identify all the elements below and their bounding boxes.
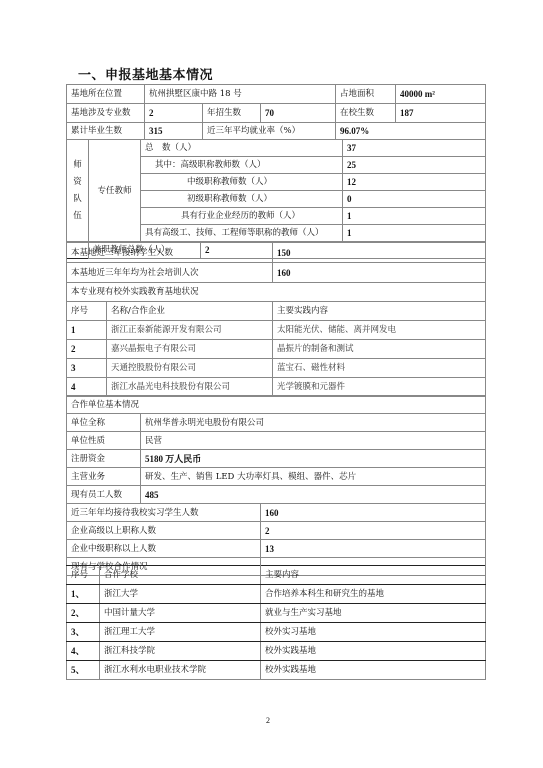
row-content: 晶振片的制备和测试 (273, 340, 486, 359)
basic-info-table: 基地所在位置 杭州拱墅区康中路 18 号 占地面积 40000 m² 基地涉及专… (66, 84, 486, 140)
location-label: 基地所在位置 (67, 85, 145, 104)
row-school: 浙江理工大学 (100, 623, 261, 642)
faculty-row-value: 1 (343, 208, 486, 225)
partner-interns-label: 近三年年均接待我校实习学生人数 (67, 504, 261, 522)
faculty-row-label: 总 数（人） (141, 140, 343, 157)
faculty-row-label: 具有高级工、技师、工程师等职称的教师（人） (141, 225, 343, 242)
partner-capital-label: 注册资金 (67, 450, 141, 468)
fulltime-label: 专任教师 (89, 140, 141, 242)
faculty-row-value: 0 (343, 191, 486, 208)
partner-staff-value: 485 (141, 486, 486, 504)
row-content: 校外实习基地 (261, 623, 486, 642)
current-students-label: 在校生数 (336, 104, 396, 123)
row-school: 浙江大学 (100, 585, 261, 604)
faculty-row-value: 37 (343, 140, 486, 157)
row-index: 5、 (67, 661, 100, 680)
partner-title: 合作单位基本情况 (67, 396, 486, 414)
received-label: 本基地近三年接纳学生人数 (67, 243, 273, 263)
faculty-row-value: 1 (343, 225, 486, 242)
employment-rate-value: 96.07% (336, 123, 486, 140)
table-row: 1、 浙江大学 合作培养本科生和研究生的基地 (67, 585, 486, 604)
table-row: 3、 浙江理工大学 校外实习基地 (67, 623, 486, 642)
partner-nature-label: 单位性质 (67, 432, 141, 450)
partner-nature-value: 民营 (141, 432, 486, 450)
row-company: 嘉兴晶振电子有限公司 (107, 340, 273, 359)
partner-business-label: 主营业务 (67, 468, 141, 486)
schools-table: 序号 合作学校 主要内容 1、 浙江大学 合作培养本科生和研究生的基地 2、 中… (66, 565, 486, 680)
schools-header-school: 合作学校 (100, 566, 261, 585)
partner-senior-title-label: 企业高级以上职称人数 (67, 522, 261, 540)
row-company: 浙江水晶光电科技股份有限公司 (107, 378, 273, 397)
training-value: 160 (273, 263, 486, 283)
partner-mid-title-value: 13 (261, 540, 486, 558)
graduates-value: 315 (145, 123, 203, 140)
faculty-row-label: 中级职称教师数（人） (141, 174, 343, 191)
row-index: 1 (67, 321, 107, 340)
section-title: 一、申报基地基本情况 (78, 64, 213, 83)
row-content: 蓝宝石、磁性材料 (273, 359, 486, 378)
row-index: 3 (67, 359, 107, 378)
schools-header-index: 序号 (67, 566, 100, 585)
row-content: 校外实践基地 (261, 642, 486, 661)
row-content: 合作培养本科生和研究生的基地 (261, 585, 486, 604)
location-value: 杭州拱墅区康中路 18 号 (145, 85, 336, 104)
received-value: 150 (273, 243, 486, 263)
page-number: 2 (266, 716, 270, 725)
table-row: 2、 中国计量大学 就业与生产实习基地 (67, 604, 486, 623)
row-school: 中国计量大学 (100, 604, 261, 623)
partner-mid-title-label: 企业中级职称以上人数 (67, 540, 261, 558)
partner-senior-title-value: 2 (261, 522, 486, 540)
table-row: 5、 浙江水利水电职业技术学院 校外实践基地 (67, 661, 486, 680)
table-row: 4、 浙江科技学院 校外实践基地 (67, 642, 486, 661)
practice-bases-title: 本专业现有校外实践教育基地状况 (67, 283, 486, 302)
header-content: 主要实践内容 (273, 302, 486, 321)
row-company: 浙江正泰新能源开发有限公司 (107, 321, 273, 340)
faculty-row-label: 初级职称教师数（人） (141, 191, 343, 208)
partner-staff-label: 现有员工人数 (67, 486, 141, 504)
faculty-group-label: 师资队伍 (67, 140, 89, 242)
row-index: 3、 (67, 623, 100, 642)
majors-label: 基地涉及专业数 (67, 104, 145, 123)
area-label: 占地面积 (336, 85, 396, 104)
partner-name-value: 杭州华普永明光电股份有限公司 (141, 414, 486, 432)
schools-header-content: 主要内容 (261, 566, 486, 585)
area-value: 40000 m² (396, 85, 486, 104)
row-school: 浙江水利水电职业技术学院 (100, 661, 261, 680)
row-index: 4、 (67, 642, 100, 661)
row-content: 校外实践基地 (261, 661, 486, 680)
annual-enroll-label: 年招生数 (203, 104, 261, 123)
row-content: 就业与生产实习基地 (261, 604, 486, 623)
partner-name-label: 单位全称 (67, 414, 141, 432)
faculty-row-value: 25 (343, 157, 486, 174)
partner-capital-value: 5180 万人民币 (141, 450, 486, 468)
header-index: 序号 (67, 302, 107, 321)
row-index: 4 (67, 378, 107, 397)
header-company: 名称/合作企业 (107, 302, 273, 321)
table-row: 3 天通控股股份有限公司 蓝宝石、磁性材料 (67, 359, 486, 378)
table-row: 1 浙江正泰新能源开发有限公司 太阳能光伏、储能、离并网发电 (67, 321, 486, 340)
majors-value: 2 (145, 104, 203, 123)
row-index: 2、 (67, 604, 100, 623)
table-row: 4 浙江水晶光电科技股份有限公司 光学镀膜和元器件 (67, 378, 486, 397)
partner-info-table: 合作单位基本情况 单位全称 杭州华普永明光电股份有限公司 单位性质 民营 注册资… (66, 395, 486, 576)
partner-business-value: 研发、生产、销售 LED 大功率灯具、模组、器件、芯片 (141, 468, 486, 486)
row-index: 1、 (67, 585, 100, 604)
practice-bases-table: 本基地近三年接纳学生人数 150 本基地近三年年均为社会培训人次 160 本专业… (66, 242, 486, 397)
faculty-table: 师资队伍 专任教师 总 数（人） 37 其中：高级职称教师数（人） 25 中级职… (66, 139, 486, 259)
faculty-row-label: 其中：高级职称教师数（人） (141, 157, 343, 174)
employment-rate-label: 近三年平均就业率（%） (203, 123, 336, 140)
partner-interns-value: 160 (261, 504, 486, 522)
row-content: 光学镀膜和元器件 (273, 378, 486, 397)
graduates-label: 累计毕业生数 (67, 123, 145, 140)
current-students-value: 187 (396, 104, 486, 123)
row-company: 天通控股股份有限公司 (107, 359, 273, 378)
table-row: 2 嘉兴晶振电子有限公司 晶振片的制备和测试 (67, 340, 486, 359)
row-index: 2 (67, 340, 107, 359)
annual-enroll-value: 70 (261, 104, 336, 123)
faculty-row-label: 具有行业企业经历的教师（人） (141, 208, 343, 225)
training-label: 本基地近三年年均为社会培训人次 (67, 263, 273, 283)
faculty-row-value: 12 (343, 174, 486, 191)
row-content: 太阳能光伏、储能、离并网发电 (273, 321, 486, 340)
row-school: 浙江科技学院 (100, 642, 261, 661)
